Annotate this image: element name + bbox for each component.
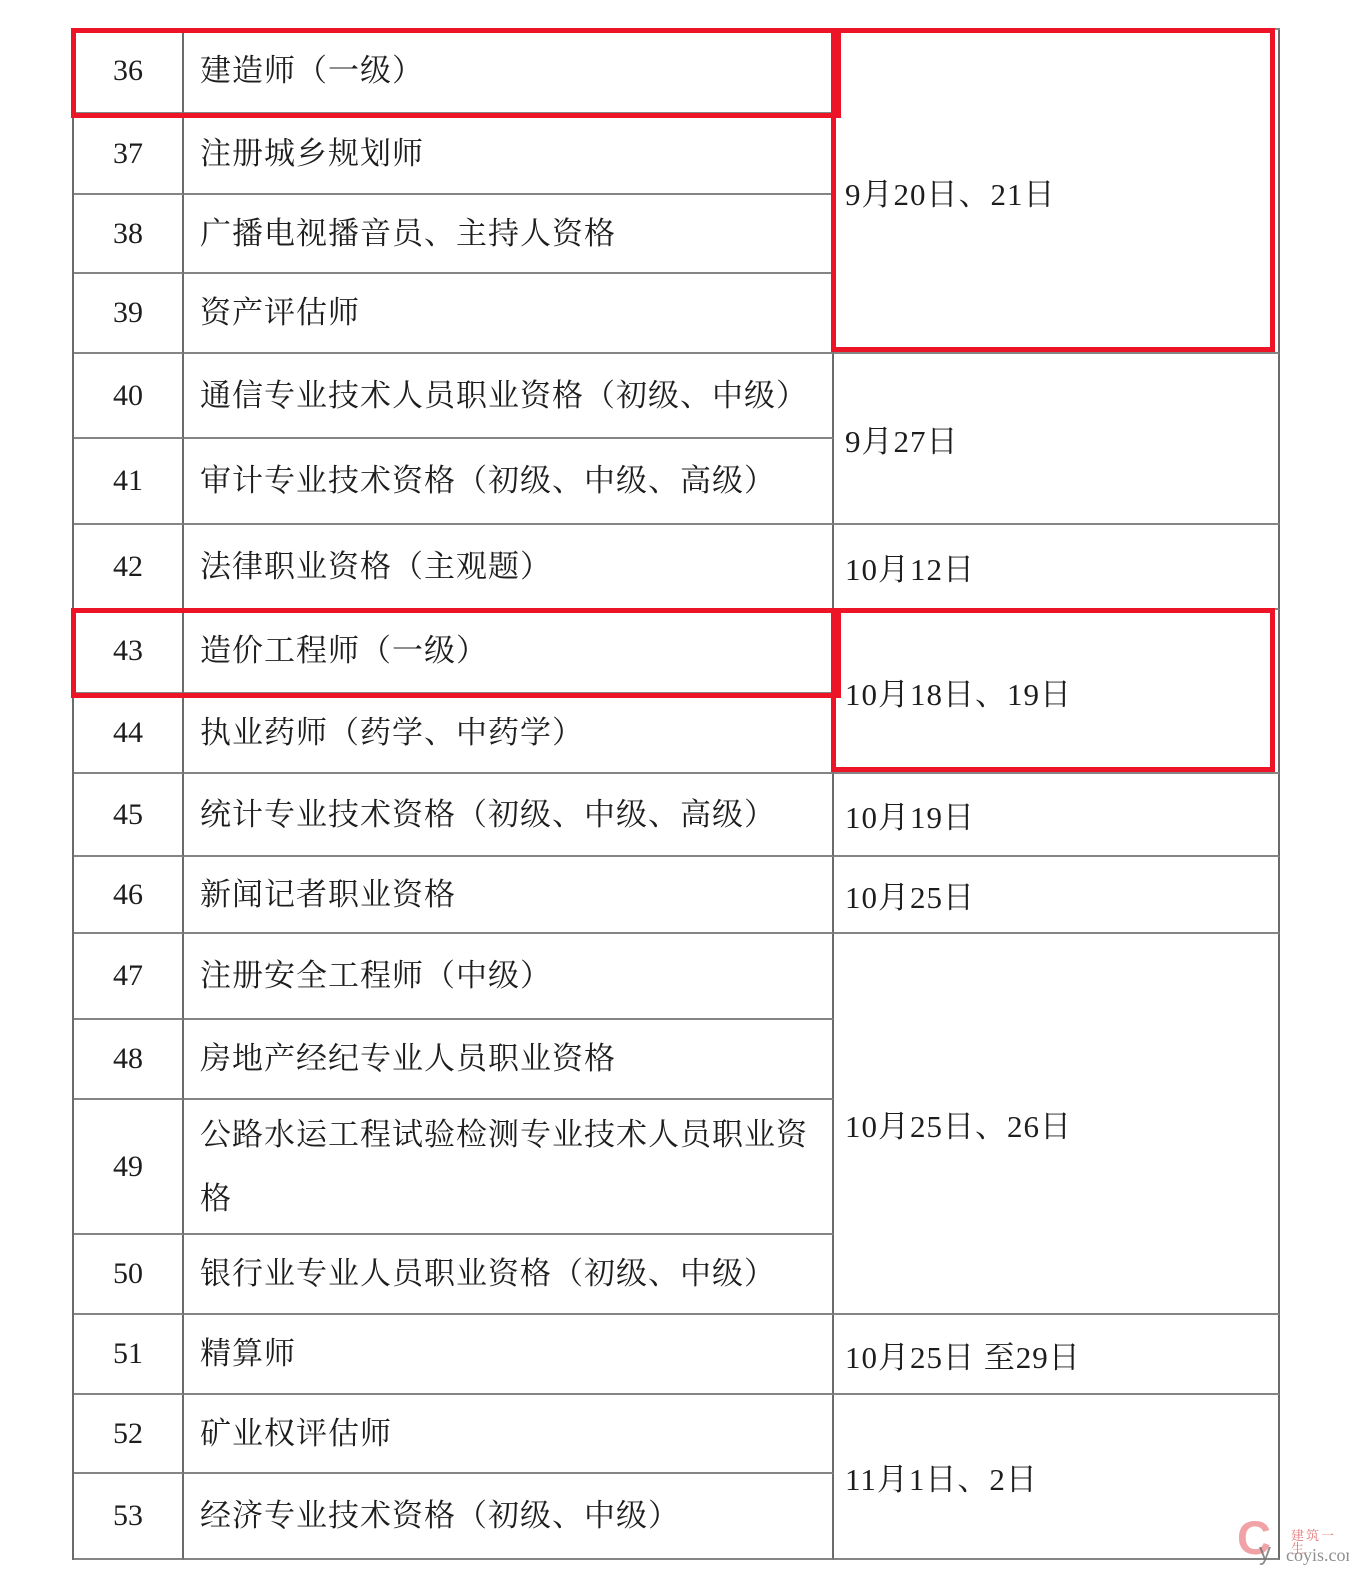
row-number-cell-43: 43 [74, 610, 184, 694]
row-number-cell-53: 53 [74, 1474, 184, 1560]
exam-name-cell-43: 造价工程师（一级） [184, 610, 834, 694]
exam-date-cell-7: 10月25日、26日 [834, 934, 1280, 1315]
exam-date-cell-9: 11月1日、2日 [834, 1395, 1280, 1560]
exam-date-cell-8: 10月25日 至29日 [834, 1315, 1280, 1395]
exam-date-cell-6: 10月25日 [834, 857, 1280, 934]
exam-name-cell-49: 公路水运工程试验检测专业技术人员职业资格 [184, 1100, 834, 1235]
exam-date-text: 10月19日 [845, 792, 975, 837]
exam-name-cell-38: 广播电视播音员、主持人资格 [184, 195, 834, 274]
exam-date-cell-1: 9月20日、21日 [834, 30, 1280, 354]
exam-name-text: 广播电视播音员、主持人资格 [200, 202, 616, 266]
row-number-cell-51: 51 [74, 1315, 184, 1395]
exam-date-text: 11月1日、2日 [845, 1454, 1038, 1499]
exam-name-text: 统计专业技术资格（初级、中级、高级） [200, 783, 776, 847]
exam-date-cell-5: 10月19日 [834, 774, 1280, 857]
exam-name-text: 注册安全工程师（中级） [200, 944, 552, 1008]
row-number-cell-49: 49 [74, 1100, 184, 1235]
row-number-cell-46: 46 [74, 857, 184, 934]
exam-name-cell-46: 新闻记者职业资格 [184, 857, 834, 934]
exam-date-text: 10月18日、19日 [845, 669, 1072, 714]
exam-name-cell-40: 通信专业技术人员职业资格（初级、中级） [184, 354, 834, 439]
exam-date-cell-3: 10月12日 [834, 525, 1280, 610]
exam-name-text: 公路水运工程试验检测专业技术人员职业资格 [200, 1103, 822, 1231]
row-number-cell-37: 37 [74, 114, 184, 195]
exam-name-text: 精算师 [200, 1322, 296, 1386]
watermark-logo-y-icon: y [1259, 1541, 1271, 1565]
exam-date-text: 9月27日 [845, 416, 959, 461]
row-number-cell-50: 50 [74, 1235, 184, 1315]
exam-name-text: 新闻记者职业资格 [200, 863, 456, 927]
exam-name-text: 资产评估师 [200, 281, 360, 345]
row-number-cell-48: 48 [74, 1020, 184, 1100]
row-number-cell-45: 45 [74, 774, 184, 857]
exam-name-text: 执业药师（药学、中药学） [200, 701, 584, 765]
exam-date-cell-4: 10月18日、19日 [834, 610, 1280, 774]
exam-name-cell-42: 法律职业资格（主观题） [184, 525, 834, 610]
row-number-cell-42: 42 [74, 525, 184, 610]
exam-name-cell-39: 资产评估师 [184, 274, 834, 354]
exam-date-text: 10月25日、26日 [845, 1101, 1072, 1146]
row-number-cell-52: 52 [74, 1395, 184, 1474]
exam-name-text: 房地产经纪专业人员职业资格 [200, 1027, 616, 1091]
exam-name-text: 建造师（一级） [200, 39, 424, 103]
row-number-cell-39: 39 [74, 274, 184, 354]
exam-name-text: 经济专业技术资格（初级、中级） [200, 1484, 680, 1548]
exam-name-cell-36: 建造师（一级） [184, 30, 834, 114]
exam-name-text: 注册城乡规划师 [200, 122, 424, 186]
exam-name-text: 法律职业资格（主观题） [200, 535, 552, 599]
watermark-domain-text: coyis.com [1286, 1546, 1349, 1564]
row-number-cell-41: 41 [74, 439, 184, 525]
exam-name-cell-37: 注册城乡规划师 [184, 114, 834, 195]
exam-date-text: 10月25日 至29日 [845, 1332, 1081, 1377]
exam-name-cell-50: 银行业专业人员职业资格（初级、中级） [184, 1235, 834, 1315]
exam-date-text: 9月20日、21日 [845, 169, 1056, 214]
row-number-cell-47: 47 [74, 934, 184, 1020]
exam-name-cell-53: 经济专业技术资格（初级、中级） [184, 1474, 834, 1560]
row-number-cell-38: 38 [74, 195, 184, 274]
row-number-cell-44: 44 [74, 694, 184, 774]
exam-name-text: 银行业专业人员职业资格（初级、中级） [200, 1242, 776, 1306]
exam-name-text: 审计专业技术资格（初级、中级、高级） [200, 449, 776, 513]
exam-name-cell-51: 精算师 [184, 1315, 834, 1395]
row-number-cell-36: 36 [74, 30, 184, 114]
exam-date-text: 10月12日 [845, 544, 975, 589]
exam-name-cell-52: 矿业权评估师 [184, 1395, 834, 1474]
document-page: { "table": { "rows": [ { "no": "36", "na… [0, 0, 1349, 1578]
exam-name-cell-47: 注册安全工程师（中级） [184, 934, 834, 1020]
row-number-cell-40: 40 [74, 354, 184, 439]
exam-name-cell-41: 审计专业技术资格（初级、中级、高级） [184, 439, 834, 525]
exam-date-text: 10月25日 [845, 872, 975, 917]
exam-name-cell-48: 房地产经纪专业人员职业资格 [184, 1020, 834, 1100]
exam-schedule-table: 36建造师（一级）37注册城乡规划师38广播电视播音员、主持人资格39资产评估师… [72, 28, 1280, 1560]
exam-name-cell-44: 执业药师（药学、中药学） [184, 694, 834, 774]
exam-name-text: 矿业权评估师 [200, 1402, 392, 1466]
exam-date-cell-2: 9月27日 [834, 354, 1280, 525]
exam-name-text: 通信专业技术人员职业资格（初级、中级） [200, 364, 808, 428]
exam-name-cell-45: 统计专业技术资格（初级、中级、高级） [184, 774, 834, 857]
exam-name-text: 造价工程师（一级） [200, 619, 488, 683]
